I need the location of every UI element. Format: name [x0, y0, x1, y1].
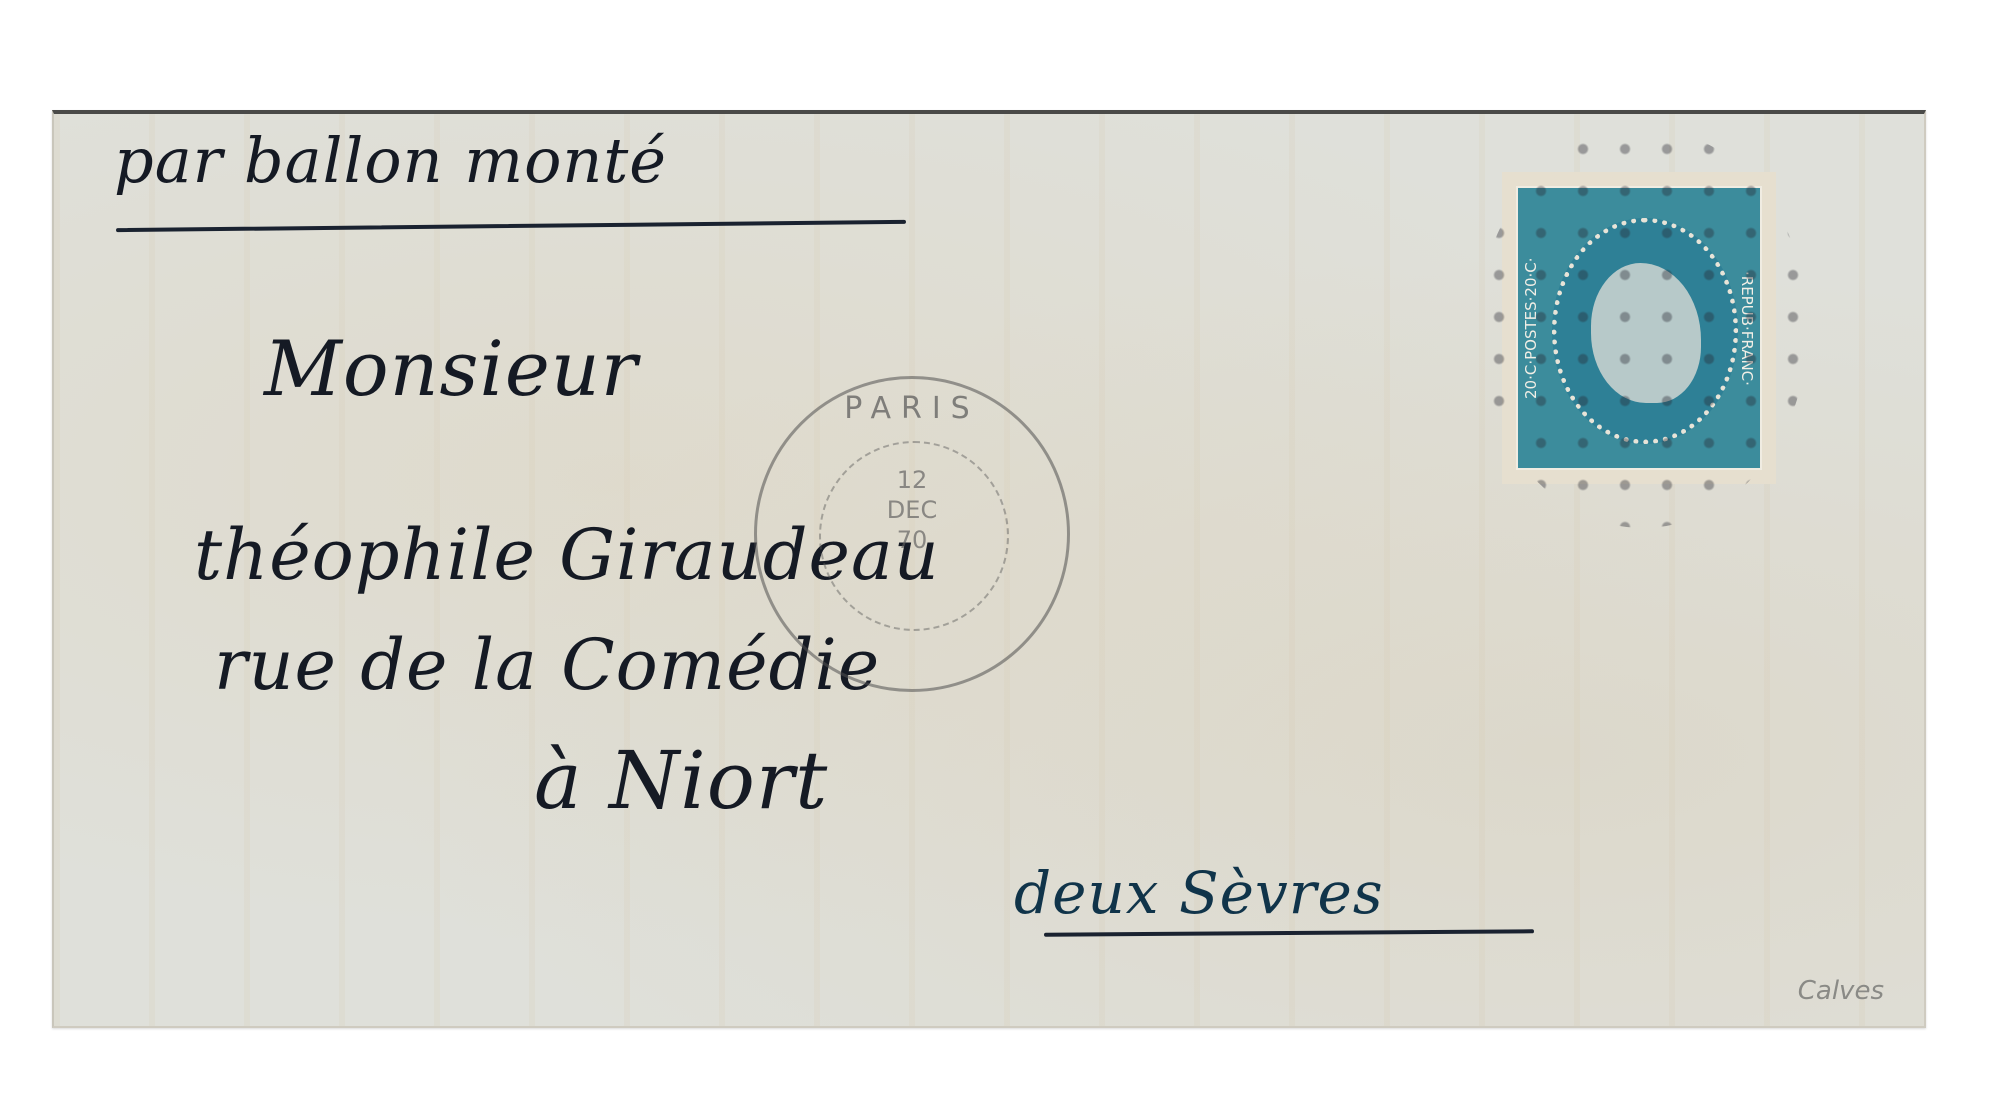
department-underline	[1044, 929, 1534, 936]
balloon-endorsement: par ballon monté	[114, 124, 667, 197]
star-dot-cancel	[1478, 128, 1808, 528]
postmark-month: DEC	[757, 495, 1067, 525]
postmark-day: 12	[757, 465, 1067, 495]
address-department: deux Sèvres	[1014, 859, 1384, 927]
ceres-postage-stamp: 20·C·POSTES·20·C· ·REPUB·FRANC·	[1502, 172, 1776, 484]
address-salutation: Monsieur	[264, 324, 638, 413]
paris-postmark: PARIS 12 DEC 70	[754, 376, 1070, 692]
address-street: rue de la Comédie	[214, 624, 880, 706]
postmark-city: PARIS	[757, 391, 1067, 426]
endorsement-underline	[116, 220, 906, 232]
expert-signature-mark: Calves	[1798, 976, 1884, 1006]
postmark-year: 70	[757, 525, 1067, 555]
address-city: à Niort	[534, 734, 828, 827]
postmark-date: 12 DEC 70	[757, 465, 1067, 555]
envelope-cover: par ballon monté Monsieur théophile Gira…	[52, 110, 1926, 1028]
